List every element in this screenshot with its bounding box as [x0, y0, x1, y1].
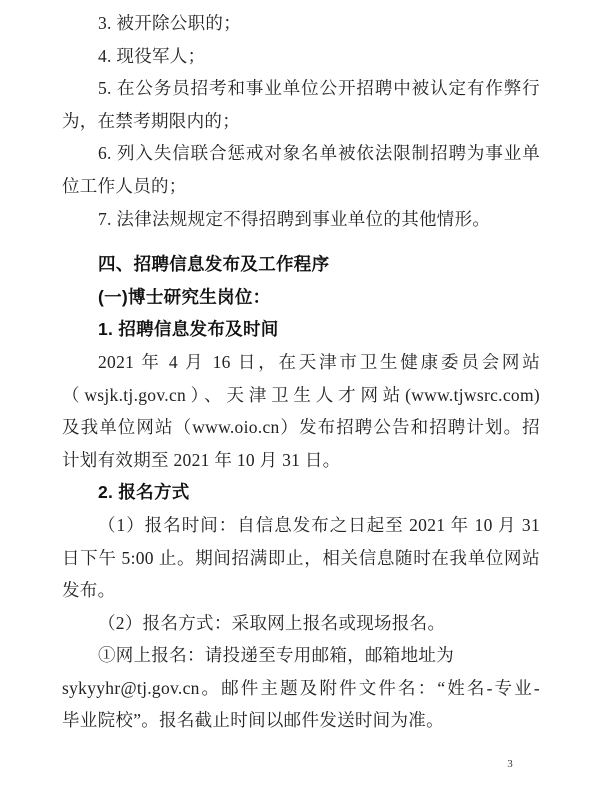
body-line: （wsjk.tj.gov.cn）、天津卫生人才网站(www.tjwsrc.com… — [62, 379, 540, 412]
body-line: 4. 现役军人； — [62, 40, 540, 73]
body-line: 及我单位网站（www.oio.cn）发布招聘公告和招聘计划。招聘 — [62, 411, 540, 444]
document-page: 3. 被开除公职的；4. 现役军人；5. 在公务员招考和事业单位公开招聘中被认定… — [0, 0, 600, 791]
body-line: 5. 在公务员招考和事业单位公开招聘中被认定有作弊行 — [62, 72, 540, 105]
body-line: （1）报名时间：自信息发布之日起至 2021 年 10 月 31 — [62, 509, 540, 542]
heading-line: 四、招聘信息发布及工作程序 — [62, 248, 540, 281]
body-line: 计划有效期至 2021 年 10 月 31 日。 — [62, 444, 540, 477]
body-line: 毕业院校”。报名截止时间以邮件发送时间为准。 — [62, 704, 540, 737]
body-line: （2）报名方式：采取网上报名或现场报名。 — [62, 607, 540, 640]
body-line: 位工作人员的； — [62, 170, 540, 203]
body-line: 日下午 5:00 止。期间招满即止，相关信息随时在我单位网站 — [62, 542, 540, 575]
body-line: 6. 列入失信联合惩戒对象名单被依法限制招聘为事业单 — [62, 137, 540, 170]
document-content: 3. 被开除公职的；4. 现役军人；5. 在公务员招考和事业单位公开招聘中被认定… — [62, 7, 540, 737]
body-line: 3. 被开除公职的； — [62, 7, 540, 40]
body-line: 为，在禁考期限内的； — [62, 105, 540, 138]
body-line: ①网上报名：请投递至专用邮箱，邮箱地址为 — [62, 639, 540, 672]
body-line: 2021 年 4 月 16 日，在天津市卫生健康委员会网站 — [62, 346, 540, 379]
body-line: 发布。 — [62, 574, 540, 607]
page-number: 3 — [500, 757, 520, 771]
heading-line: 2. 报名方式 — [62, 476, 540, 509]
body-line: sykyyhr@tj.gov.cn。邮件主题及附件文件名：“姓名-专业- — [62, 672, 540, 705]
body-line: 7. 法律法规规定不得招聘到事业单位的其他情形。 — [62, 203, 540, 236]
heading-line: 1. 招聘信息发布及时间 — [62, 313, 540, 346]
heading-line: (一)博士研究生岗位： — [62, 281, 540, 314]
